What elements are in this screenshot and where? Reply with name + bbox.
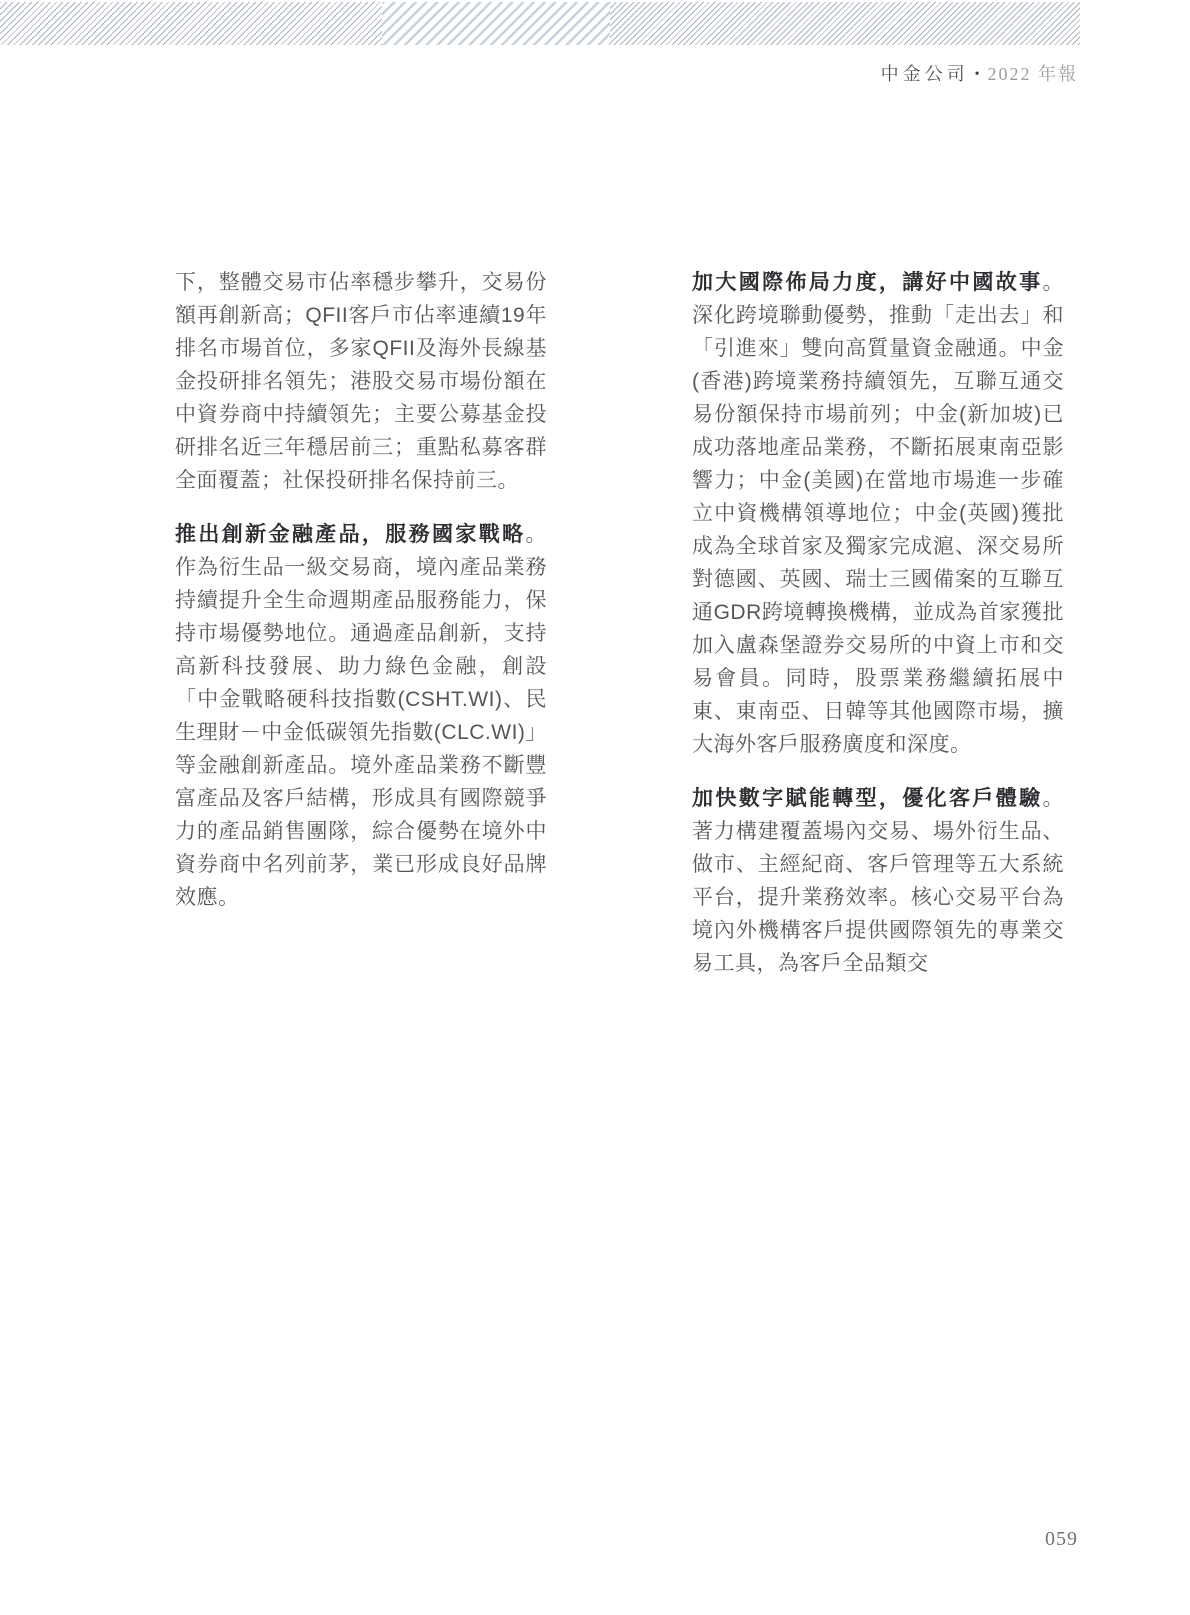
paragraph: 推出創新金融產品，服務國家戰略。作為衍生品一級交易商，境內產品業務持續提升全生命…	[175, 518, 547, 914]
stripe-segment-thick-middle	[382, 2, 610, 45]
paragraph-lead-bold: 推出創新金融產品，服務國家戰略	[175, 523, 526, 546]
paragraph: 加快數字賦能轉型，優化客戶體驗。著力構建覆蓋場內交易、場外衍生品、做市、主經紀商…	[692, 782, 1064, 980]
paragraph-text: 。著力構建覆蓋場內交易、場外衍生品、做市、主經紀商、客戶管理等五大系統平台，提升…	[692, 787, 1064, 975]
left-text-column: 下，整體交易市佔率穩步攀升，交易份額再創新高；QFII客戶市佔率連續19年排名市…	[175, 266, 547, 914]
stripe-segment-fine-left	[0, 2, 382, 45]
running-header: 中金公司•2022 年報	[0, 62, 1078, 87]
right-text-column: 加大國際佈局力度，講好中國故事。深化跨境聯動優勢，推動「走出去」和「引進來」雙向…	[692, 266, 1064, 980]
decorative-stripe-band	[0, 2, 1080, 45]
stripe-segment-fine-right	[610, 2, 1080, 45]
paragraph-lead-bold: 加大國際佈局力度，講好中國故事	[692, 271, 1043, 294]
report-edition: 2022 年報	[988, 64, 1079, 84]
company-name: 中金公司	[881, 64, 969, 84]
paragraph-text: 。作為衍生品一級交易商，境內產品業務持續提升全生命週期產品服務能力，保持市場優勢…	[175, 523, 547, 909]
paragraph-lead-bold: 加快數字賦能轉型，優化客戶體驗	[692, 787, 1043, 810]
paragraph-text: 下，整體交易市佔率穩步攀升，交易份額再創新高；QFII客戶市佔率連續19年排名市…	[175, 271, 547, 492]
paragraph-text: 。深化跨境聯動優勢，推動「走出去」和「引進來」雙向高質量資金融通。中金(香港)跨…	[692, 271, 1064, 756]
page-number: 059	[0, 1528, 1078, 1551]
paragraph: 加大國際佈局力度，講好中國故事。深化跨境聯動優勢，推動「走出去」和「引進來」雙向…	[692, 266, 1064, 761]
separator-dot: •	[975, 67, 980, 82]
paragraph: 下，整體交易市佔率穩步攀升，交易份額再創新高；QFII客戶市佔率連續19年排名市…	[175, 266, 547, 497]
